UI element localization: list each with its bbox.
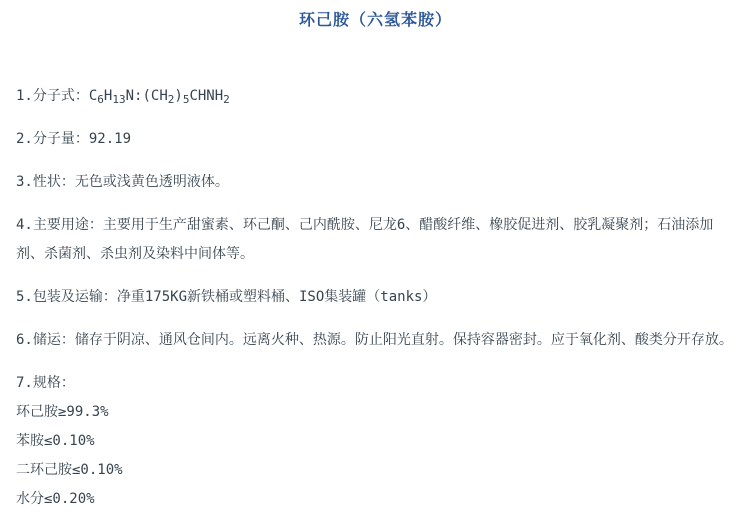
spec-line-moisture: 水分≤0.20% (16, 491, 95, 507)
page-title: 环己胺（六氢苯胺） (16, 8, 735, 32)
paragraph-packing-transport: 5.包装及运输：净重175KG新铁桶或塑料桶、ISO集装罐（tanks） (16, 283, 735, 312)
paragraph-properties: 3.性状：无色或浅黄色透明液体。 (16, 168, 735, 197)
molecular-formula-label: 1.分子式： (16, 88, 89, 104)
spec-line-cyclohexylamine: 环己胺≥99.3% (16, 404, 109, 420)
paragraph-molecular-formula: 1.分子式：C6H13N:(CH2)5CHNH2 (16, 82, 735, 111)
spec-line-dicyclohexylamine: 二环己胺≤0.10% (16, 462, 123, 478)
spec-line-aniline: 苯胺≤0.10% (16, 433, 95, 449)
spec-heading: 7.规格： (16, 375, 75, 391)
paragraph-molecular-weight: 2.分子量：92.19 (16, 125, 735, 154)
document-page: 环己胺（六氢苯胺） 1.分子式：C6H13N:(CH2)5CHNH2 2.分子量… (0, 0, 745, 519)
paragraph-storage: 6.储运：储存于阴凉、通风仓间内。远离火种、热源。防止阳光直射。保持容器密封。应… (16, 326, 735, 355)
paragraph-specifications: 7.规格： 环己胺≥99.3% 苯胺≤0.10% 二环己胺≤0.10% 水分≤0… (16, 369, 735, 514)
paragraph-main-uses: 4.主要用途：主要用于生产甜蜜素、环己酮、己内酰胺、尼龙6、醋酸纤维、橡胶促进剂… (16, 211, 735, 269)
molecular-formula-value: C6H13N:(CH2)5CHNH2 (89, 88, 230, 104)
